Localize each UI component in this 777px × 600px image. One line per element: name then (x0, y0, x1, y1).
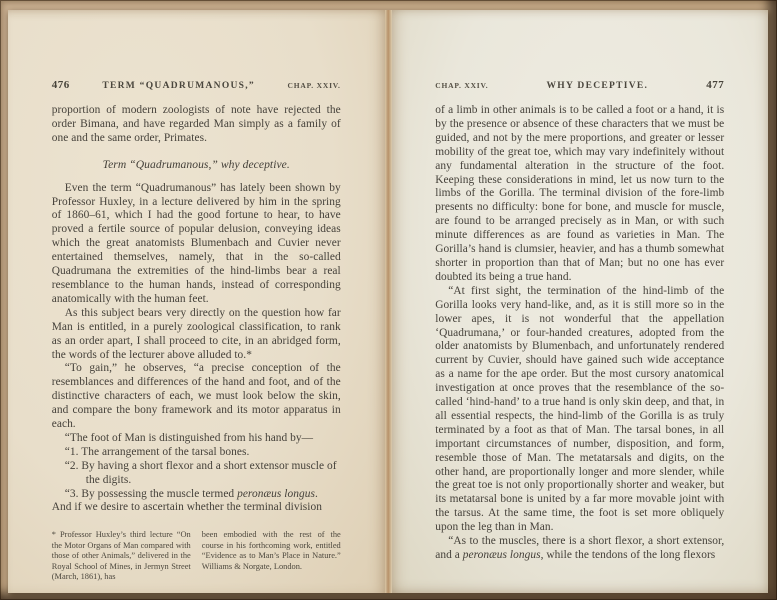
left-page: 476 TERM “QUADRUMANOUS,” CHAP. XXIV. pro… (8, 10, 385, 593)
left-chapter-label: CHAP. XXIV. (288, 81, 341, 90)
paragraph-muscles-tail: , while the tendons of the long flexors (541, 549, 716, 561)
right-page: CHAP. XXIV. WHY DECEPTIVE. 477 of a limb… (392, 10, 769, 593)
paragraph-closing-line: And if we desire to ascertain whether th… (52, 501, 341, 515)
paragraph-muscles: “As to the muscles, there is a short fle… (435, 535, 724, 563)
paragraph-even-term: Even the term “Quadrumanous” has lately … (52, 182, 341, 307)
page-spread: 476 TERM “QUADRUMANOUS,” CHAP. XXIV. pro… (8, 10, 768, 593)
footnote: * Professor Huxley’s third lecture “On t… (52, 530, 341, 582)
left-running-head: 476 TERM “QUADRUMANOUS,” CHAP. XXIV. (52, 79, 341, 91)
left-running-title: TERM “QUADRUMANOUS,” (102, 81, 255, 91)
right-body-text: of a limb in other animals is to be call… (435, 104, 724, 563)
list-item-3: “3. By possessing the muscle termed pero… (52, 488, 341, 502)
paragraph-limb-continuation: of a limb in other animals is to be call… (435, 104, 724, 285)
section-heading: Term “Quadrumanous,” why deceptive. (52, 158, 341, 172)
right-chapter-label: CHAP. XXIV. (435, 81, 488, 90)
paragraph-to-gain: “To gain,” he observes, “a precise conce… (52, 362, 341, 432)
right-page-number: 477 (706, 79, 724, 91)
book-scan: 476 TERM “QUADRUMANOUS,” CHAP. XXIV. pro… (0, 0, 777, 600)
paragraph-intro-continuation: proportion of modern zoologists of note … (52, 104, 341, 146)
right-text-column: CHAP. XXIV. WHY DECEPTIVE. 477 of a limb… (435, 10, 724, 563)
paragraph-subject: As this subject bears very directly on t… (52, 307, 341, 363)
paragraph-muscles-latin-term: peronæus longus (463, 549, 541, 561)
list-item-1: “1. The arrangement of the tarsal bones. (52, 446, 341, 460)
footnote-left-column: * Professor Huxley’s third lecture “On t… (52, 530, 191, 582)
list-item-3-latin-term: peronæus longus (237, 488, 315, 500)
list-item-3-period: . (315, 488, 318, 500)
list-item-3-text: “3. By possessing the muscle termed (65, 488, 237, 500)
page-gutter (385, 10, 392, 593)
left-page-number: 476 (52, 79, 70, 91)
paragraph-foot-of-man: “The foot of Man is distinguished from h… (52, 432, 341, 446)
list-item-2: “2. By having a short flexor and a short… (52, 460, 341, 488)
left-body-text: proportion of modern zoologists of note … (52, 104, 341, 515)
right-running-head: CHAP. XXIV. WHY DECEPTIVE. 477 (435, 79, 724, 91)
footnote-right-column: been embodied with the rest of the cours… (202, 530, 341, 582)
left-text-column: 476 TERM “QUADRUMANOUS,” CHAP. XXIV. pro… (52, 10, 341, 582)
paragraph-first-sight: “At first sight, the termination of the … (435, 285, 724, 535)
right-running-title: WHY DECEPTIVE. (546, 81, 648, 91)
